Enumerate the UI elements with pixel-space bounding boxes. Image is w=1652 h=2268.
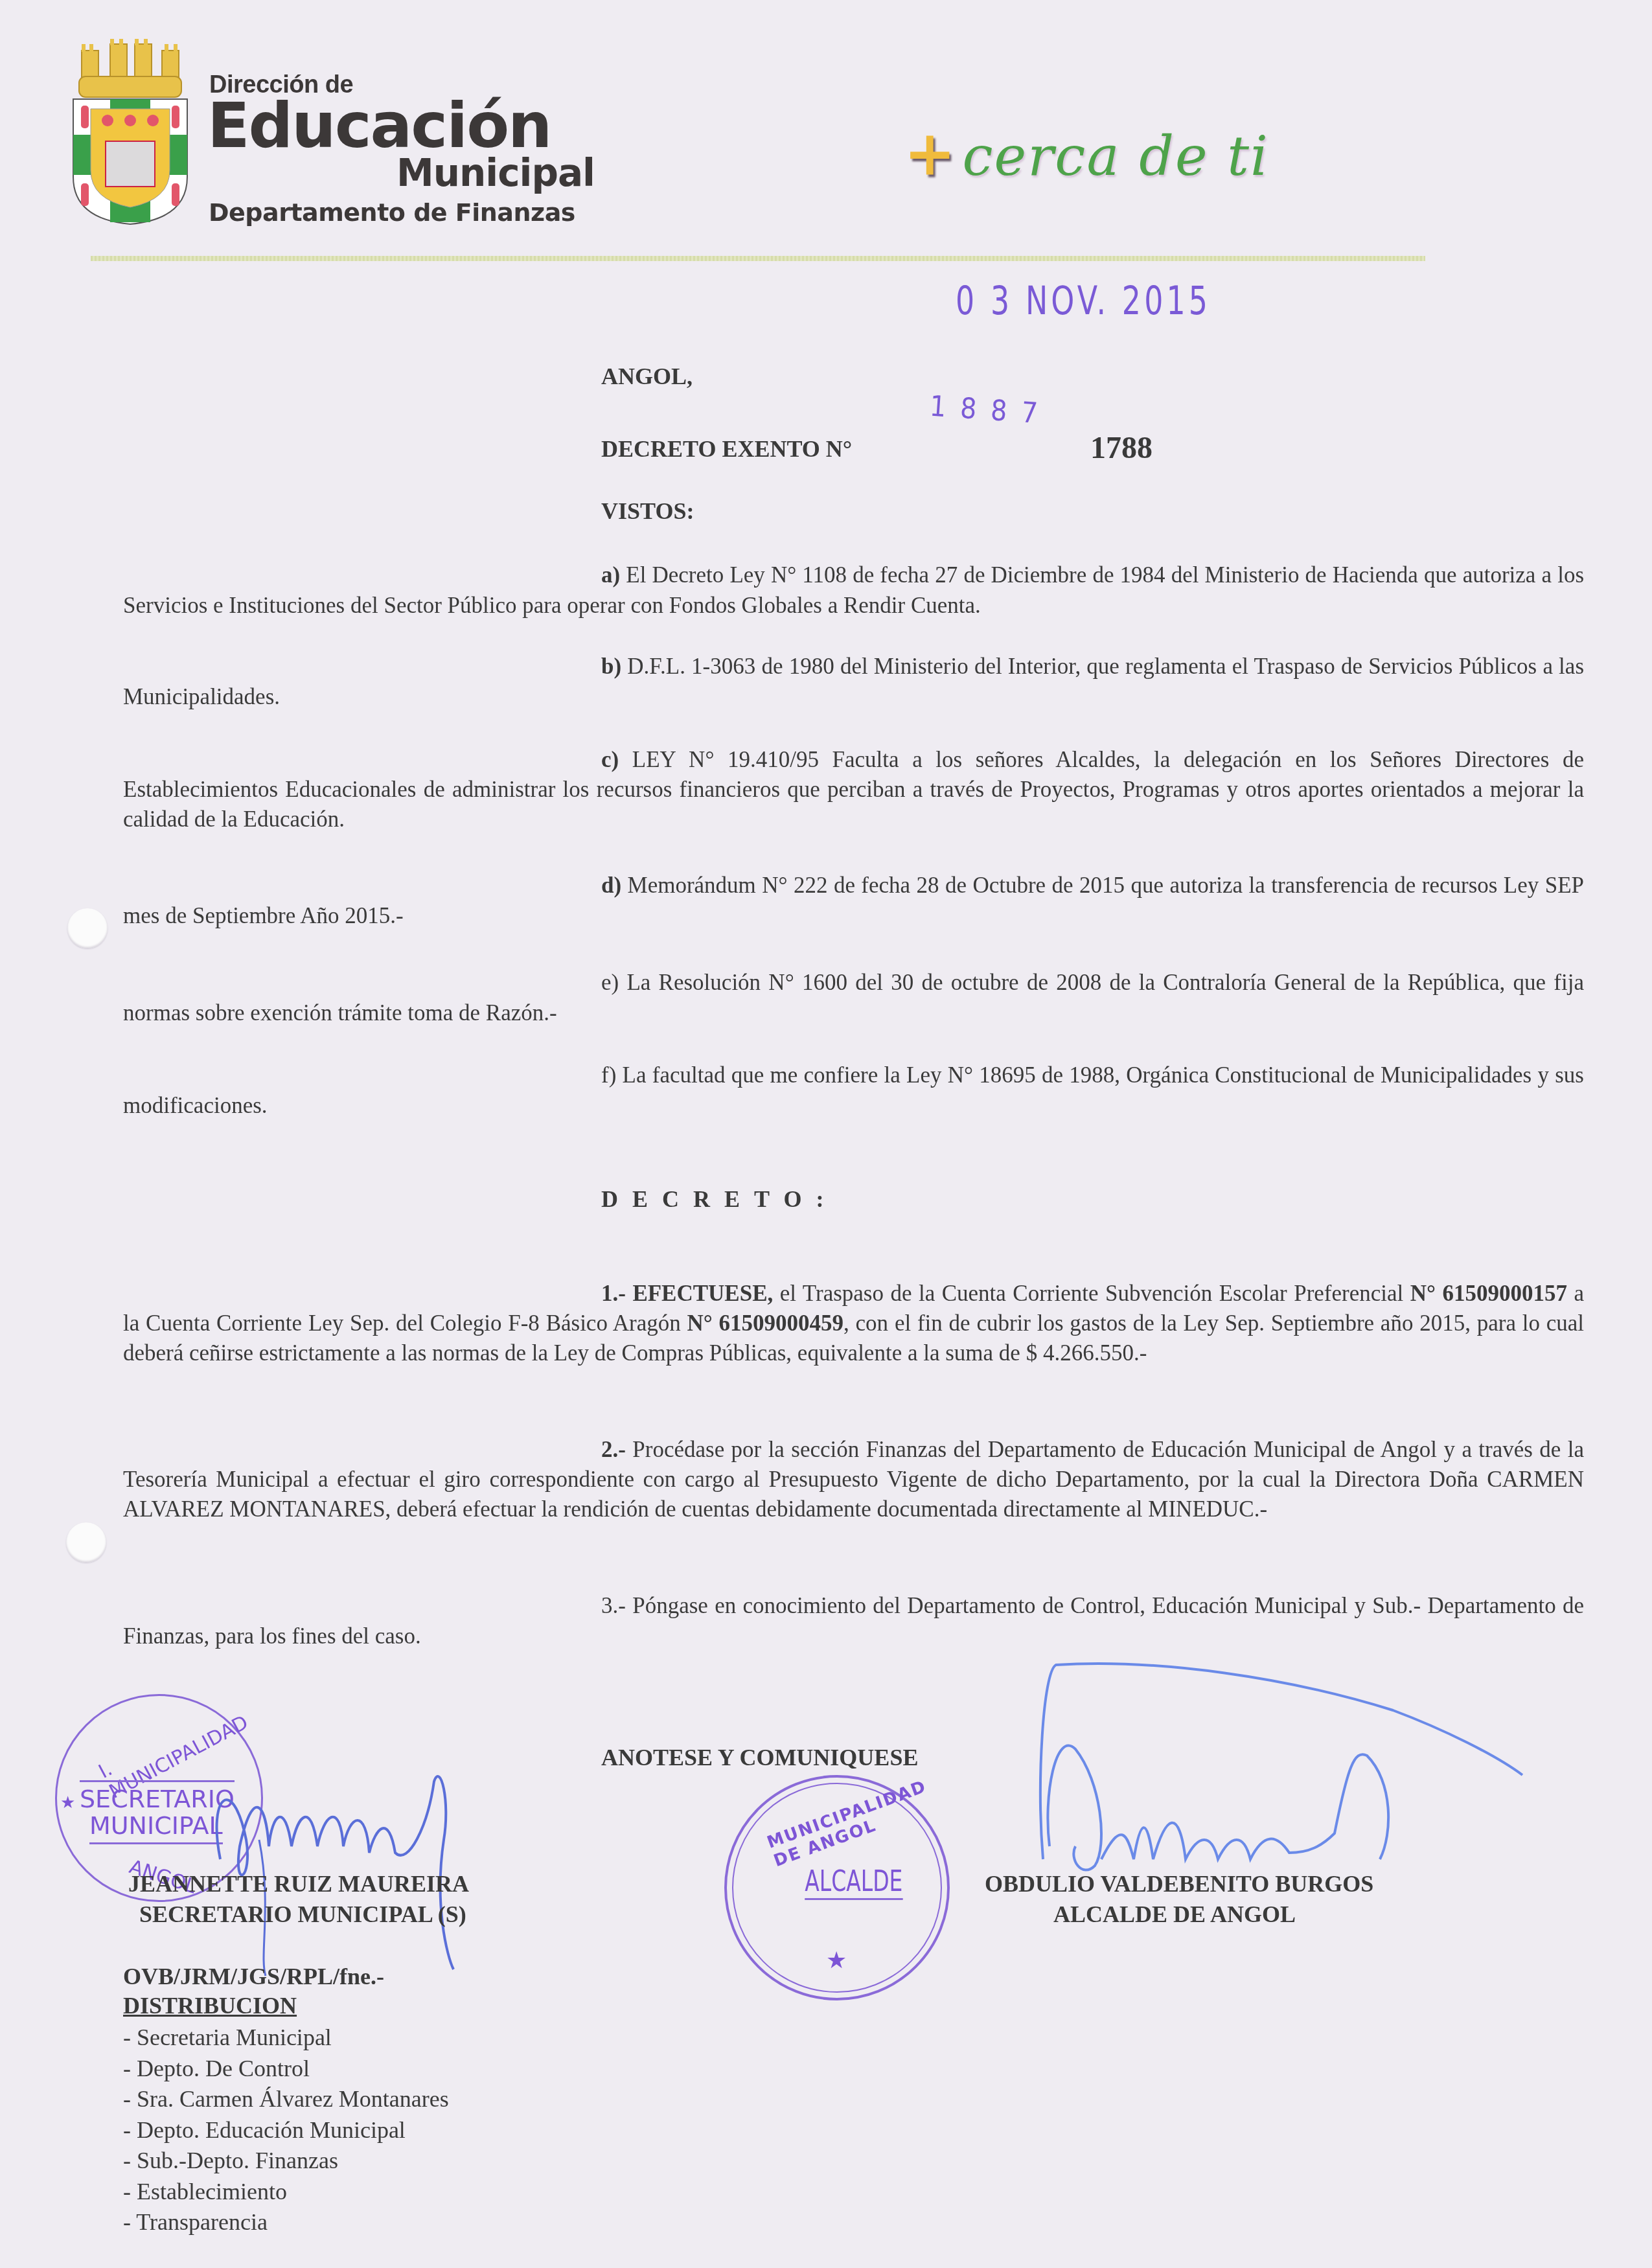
slogan-text: cerca de ti bbox=[962, 124, 1269, 188]
secretary-name: JEANNETTE RUIZ MAUREIRA bbox=[128, 1869, 469, 1899]
list-item: - Transparencia bbox=[123, 2207, 449, 2238]
list-item: - Sub.-Depto. Finanzas bbox=[123, 2146, 449, 2177]
decreto-item-1: 1.- EFECTUESE, el Traspaso de la Cuenta … bbox=[123, 1279, 1584, 1368]
decreto-item-3: 3.- Póngase en conocimiento del Departam… bbox=[123, 1590, 1584, 1651]
visto-d: d) Memorándum N° 222 de fecha 28 de Octu… bbox=[123, 870, 1584, 931]
distribution-heading: DISTRIBUCION bbox=[123, 1992, 297, 2019]
visto-b: b) D.F.L. 1-3063 de 1980 del Ministerio … bbox=[123, 651, 1584, 712]
closing-formula: ANOTESE Y COMUNIQUESE bbox=[601, 1744, 918, 1771]
distribution-list: - Secretaria Municipal - Depto. De Contr… bbox=[123, 2022, 449, 2238]
list-item: - Depto. Educación Municipal bbox=[123, 2115, 449, 2146]
punch-hole bbox=[66, 1522, 106, 1563]
date-stamp: 0 3 NOV. 2015 bbox=[956, 279, 1211, 324]
visto-a: a) El Decreto Ley N° 1108 de fecha 27 de… bbox=[123, 560, 1584, 621]
list-item: - Secretaria Municipal bbox=[123, 2022, 449, 2054]
list-item: - Establecimiento bbox=[123, 2177, 449, 2208]
letterhead-line-4: Departamento de Finanzas bbox=[209, 198, 575, 227]
letterhead-divider bbox=[91, 256, 1425, 261]
punch-hole bbox=[67, 908, 108, 948]
letterhead-line-3: Municipal bbox=[396, 154, 595, 192]
decree-label: DECRETO EXENTO N° bbox=[601, 435, 852, 463]
slogan: +cerca de ti bbox=[904, 117, 1269, 190]
list-item: - Sra. Carmen Álvarez Montanares bbox=[123, 2084, 449, 2115]
star-icon: ★ bbox=[826, 1947, 847, 1974]
decreto-item-2: 2.- Procédase por la sección Finanzas de… bbox=[123, 1435, 1584, 1524]
list-item: - Depto. De Control bbox=[123, 2054, 449, 2085]
reference-initials: OVB/JRM/JGS/RPL/fne.- bbox=[123, 1963, 384, 1990]
coat-of-arms-icon bbox=[70, 38, 190, 225]
decree-number: 1788 bbox=[1090, 430, 1153, 466]
vistos-heading: VISTOS: bbox=[601, 498, 694, 525]
letterhead-line-2: Educación bbox=[207, 95, 551, 157]
star-icon: ★ bbox=[60, 1793, 75, 1813]
mayor-signature bbox=[1030, 1652, 1535, 1898]
plus-icon: + bbox=[904, 117, 957, 190]
mayor-title: ALCALDE DE ANGOL bbox=[1053, 1899, 1296, 1929]
city-label: ANGOL, bbox=[601, 363, 693, 390]
visto-e: e) La Resolución N° 1600 del 30 de octub… bbox=[123, 967, 1584, 1028]
number-stamp: 1887 bbox=[928, 389, 1053, 431]
mayor-seal: MUNICIPALIDAD DE ANGOL ALCALDE ★ bbox=[724, 1775, 950, 2000]
visto-f: f) La facultad que me confiere la Ley N°… bbox=[123, 1060, 1584, 1121]
secretary-title: SECRETARIO MUNICIPAL (S) bbox=[139, 1899, 466, 1929]
mayor-name: OBDULIO VALDEBENITO BURGOS bbox=[985, 1869, 1373, 1899]
decreto-heading: DECRETO: bbox=[601, 1186, 838, 1213]
visto-c: c) LEY N° 19.410/95 Faculta a los señore… bbox=[123, 745, 1584, 834]
